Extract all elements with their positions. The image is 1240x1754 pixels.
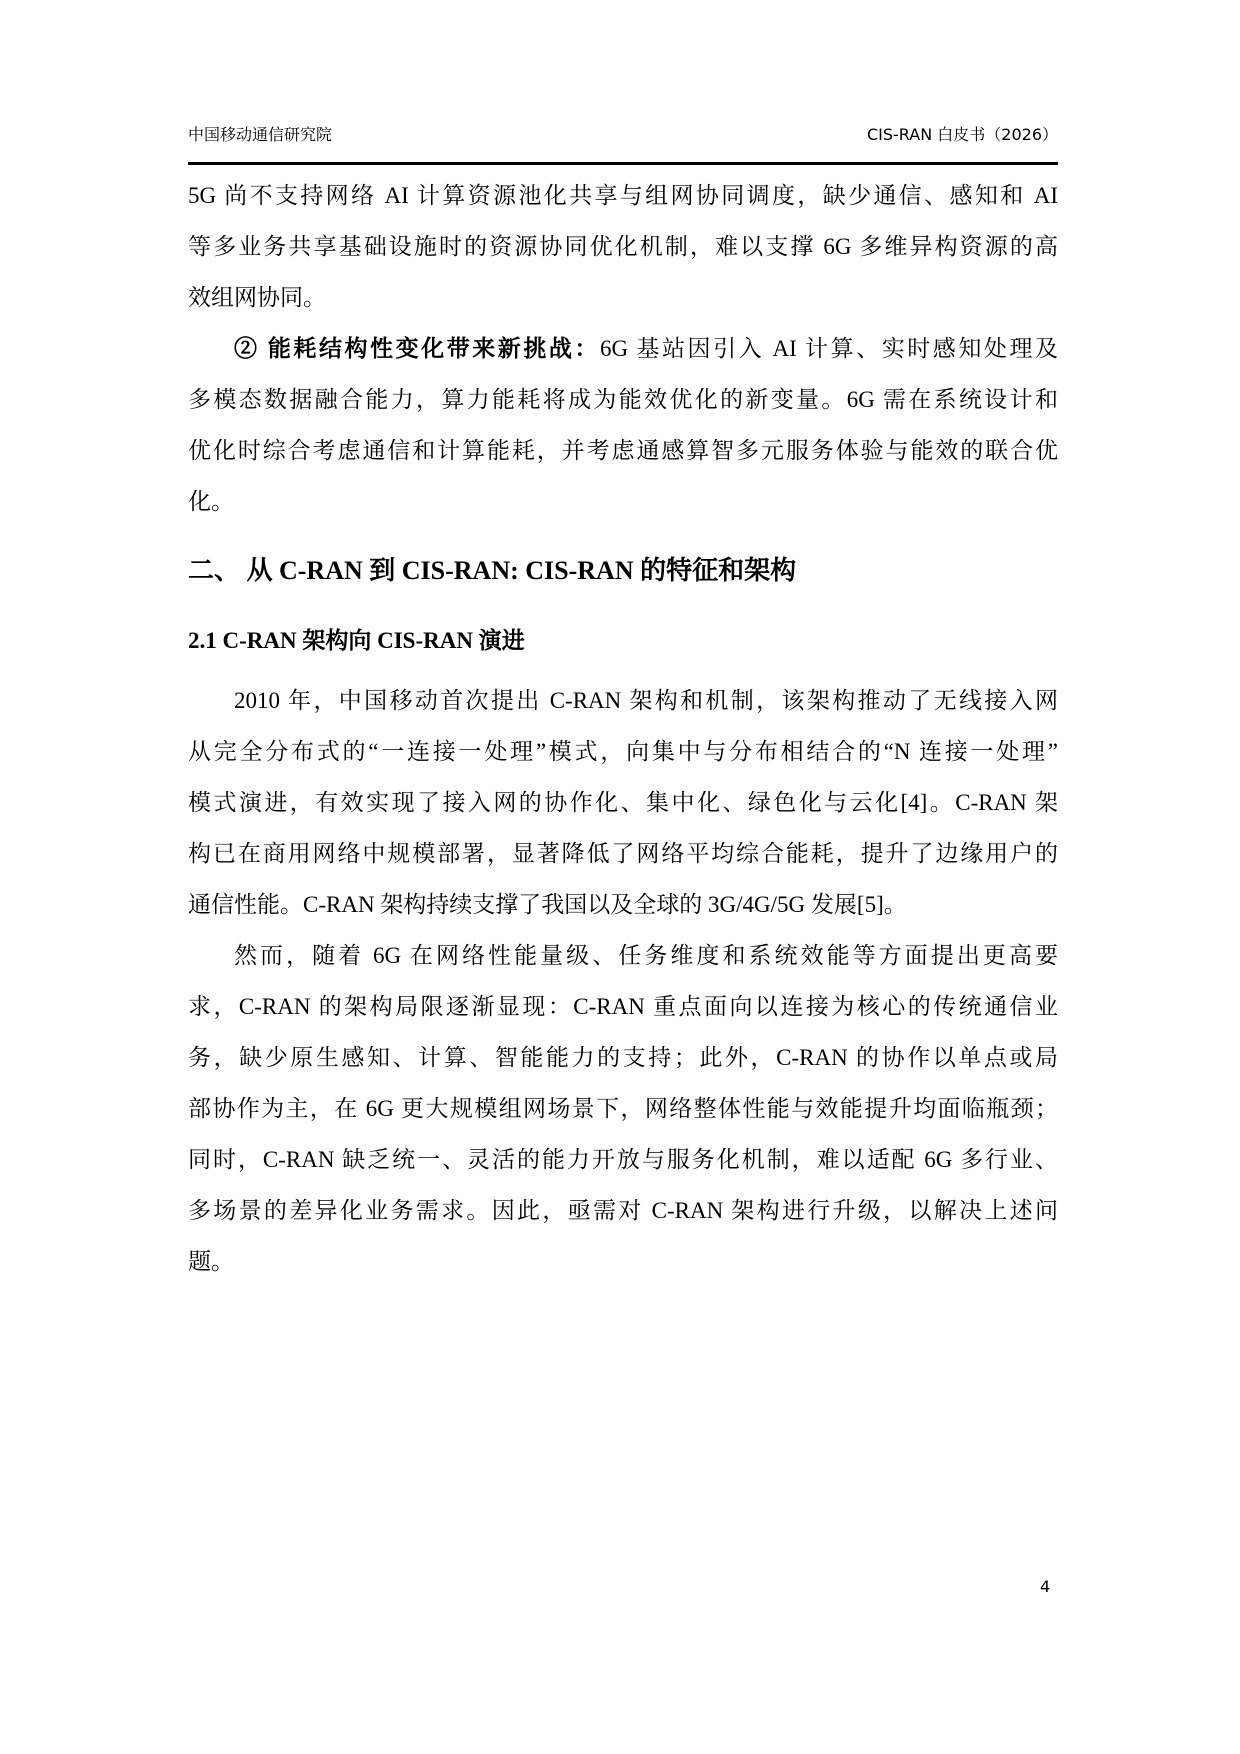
challenge-lead-bold: ② 能耗结构性变化带来新挑战： <box>234 336 600 361</box>
header-organization: 中国移动通信研究院 <box>188 122 332 145</box>
paragraph-5g-limitations: 5G 尚不支持网络 AI 计算资源池化共享与组网协同调度，缺少通信、感知和 AI… <box>188 170 1058 323</box>
text-line: 效组网协同。 <box>188 272 1058 323</box>
text-line: 模式演进，有效实现了接入网的协作化、集中化、绿色化与云化[4]。C-RAN 架 <box>188 777 1058 828</box>
text-line: 务，缺少原生感知、计算、智能能力的支持；此外，C-RAN 的协作以单点或局 <box>188 1032 1058 1083</box>
text-line: 同时，C-RAN 缺乏统一、灵活的能力开放与服务化机制，难以适配 6G 多行业、 <box>188 1134 1058 1185</box>
text-line: 2010 年，中国移动首次提出 C-RAN 架构和机制，该架构推动了无线接入网 <box>188 675 1058 726</box>
section-heading: 二、 从 C-RAN 到 CIS-RAN: CIS-RAN 的特征和架构 <box>188 550 796 587</box>
page-number: 4 <box>1040 1577 1050 1596</box>
text-line: 优化时综合考虑通信和计算能耗，并考虑通感算智多元服务体验与能效的联合优 <box>188 425 1058 476</box>
paragraph-cran-limitations: 然而，随着 6G 在网络性能量级、任务维度和系统效能等方面提出更高要 求，C-R… <box>188 930 1058 1287</box>
text-line: 部协作为主，在 6G 更大规模组网场景下，网络整体性能与效能提升均面临瓶颈； <box>188 1083 1058 1134</box>
paragraph-cran-history: 2010 年，中国移动首次提出 C-RAN 架构和机制，该架构推动了无线接入网 … <box>188 675 1058 930</box>
text-line: 通信性能。C-RAN 架构持续支撑了我国以及全球的 3G/4G/5G 发展[5]… <box>188 879 1058 930</box>
text-line: ② 能耗结构性变化带来新挑战：6G 基站因引入 AI 计算、实时感知处理及 <box>188 323 1058 374</box>
text-line: 化。 <box>188 476 1058 527</box>
text-line: 等多业务共享基础设施时的资源协同优化机制，难以支撑 6G 多维异构资源的高 <box>188 221 1058 272</box>
subsection-heading: 2.1 C-RAN 架构向 CIS-RAN 演进 <box>188 622 525 655</box>
text-line: 多模态数据融合能力，算力能耗将成为能效优化的新变量。6G 需在系统设计和 <box>188 374 1058 425</box>
section-2-1-body: 2010 年，中国移动首次提出 C-RAN 架构和机制，该架构推动了无线接入网 … <box>188 675 1058 1287</box>
header-divider <box>188 162 1058 165</box>
text-line: 题。 <box>188 1236 1058 1287</box>
header-document-title: CIS-RAN 白皮书（2026） <box>867 122 1058 145</box>
text-line: 然而，随着 6G 在网络性能量级、任务维度和系统效能等方面提出更高要 <box>188 930 1058 981</box>
top-section: 5G 尚不支持网络 AI 计算资源池化共享与组网协同调度，缺少通信、感知和 AI… <box>188 170 1058 527</box>
text-line: 求，C-RAN 的架构局限逐渐显现：C-RAN 重点面向以连接为核心的传统通信业 <box>188 981 1058 1032</box>
paragraph-energy-challenge: ② 能耗结构性变化带来新挑战：6G 基站因引入 AI 计算、实时感知处理及 多模… <box>188 323 1058 527</box>
text-line: 多场景的差异化业务需求。因此，亟需对 C-RAN 架构进行升级，以解决上述问 <box>188 1185 1058 1236</box>
text-line: 构已在商用网络中规模部署，显著降低了网络平均综合能耗，提升了边缘用户的 <box>188 828 1058 879</box>
text-line: 从完全分布式的“一连接一处理”模式，向集中与分布相结合的“N 连接一处理” <box>188 726 1058 777</box>
page-header: 中国移动通信研究院 CIS-RAN 白皮书（2026） <box>188 122 1058 152</box>
text-line: 5G 尚不支持网络 AI 计算资源池化共享与组网协同调度，缺少通信、感知和 AI <box>188 170 1058 221</box>
challenge-lead-rest: 6G 基站因引入 AI 计算、实时感知处理及 <box>600 336 1058 361</box>
